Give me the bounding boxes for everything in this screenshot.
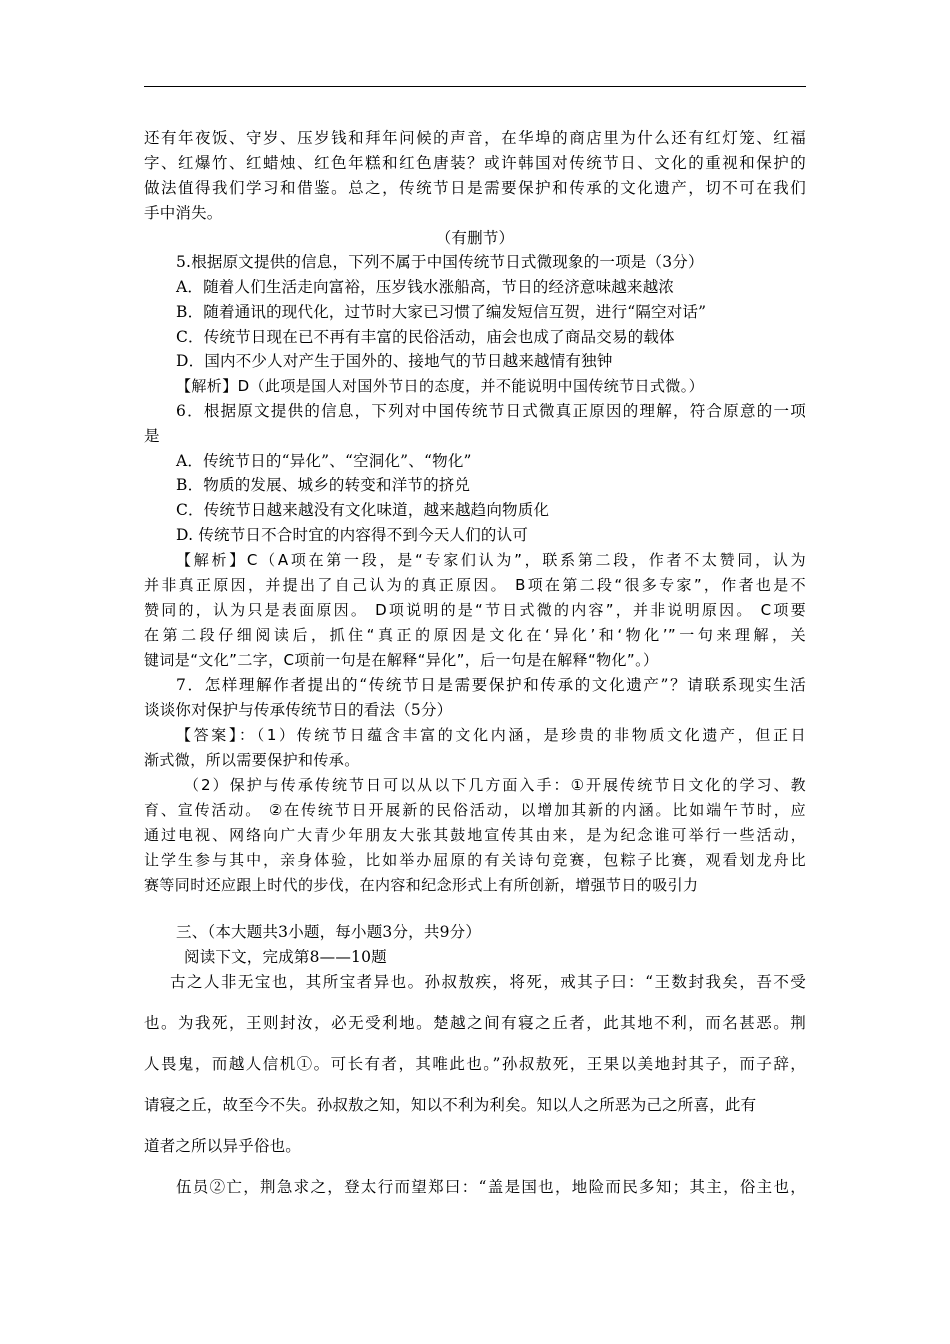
intro-line-2: 字、红爆竹、红蜡烛、红色年糕和红色唐装？或许韩国对传统节日、文化的重视和保护的 <box>144 153 806 173</box>
q6-question-line-1: 6．根据原文提供的信息，下列对中国传统节日式微真正原因的理解，符合原意的一项 <box>176 401 806 421</box>
q5-analysis: 【解析】D（此项是国人对国外节日的态度，并不能说明中国传统节日式微。） <box>176 376 806 396</box>
q7-question-line-1: 7．怎样理解作者提出的“传统节日是需要保护和传承的文化遗产”？请联系现实生活 <box>176 675 806 695</box>
document-page: 还有年夜饭、守岁、压岁钱和拜年问候的声音，在华埠的商店里为什么还有红灯笼、红福 … <box>0 0 950 1344</box>
abridged-note: （有删节） <box>144 228 806 248</box>
q6-analysis-line-5: 键词是“文化”二字，C项前一句是在解释“异化”，后一句是在解释“物化”。） <box>144 650 806 670</box>
header-rule <box>144 86 806 87</box>
passage-line-1: 古之人非无宝也，其所宝者异也。孙叔敖疾，将死，戒其子曰：“王数封我矣，吾不受 <box>170 972 806 992</box>
intro-line-4: 手中消失。 <box>144 203 806 223</box>
q7-answer-line-5: 通过电视、网络向广大青少年朋友大张其鼓地宣传其由来，是为纪念谁可举行一些活动， <box>144 825 806 845</box>
q6-question-line-2: 是 <box>144 426 806 446</box>
q5-option-d: D．国内不少人对产生于国外的、接地气的节日越来越情有独钟 <box>176 351 806 371</box>
q6-analysis-line-1: 【解析】C（A项在第一段，是“专家们认为”，联系第二段，作者不太赞同，认为 <box>176 550 806 570</box>
intro-line-3: 做法值得我们学习和借鉴。总之，传统节日是需要保护和传承的文化遗产，切不可在我们 <box>144 178 806 198</box>
q7-answer-line-6: 让学生参与其中，亲身体验，比如举办屈原的有关诗句竞赛，包粽子比赛，观看划龙舟比 <box>144 850 806 870</box>
q6-analysis-line-4: 在第二段仔细阅读后，抓住“真正的原因是文化在‘异化’和‘物化’”一句来理解，关 <box>144 625 806 645</box>
q5-question: 5.根据原文提供的信息，下列不属于中国传统节日式微现象的一项是（3分） <box>176 252 806 272</box>
q7-answer-line-2: 渐式微，所以需要保护和传承。 <box>144 750 806 770</box>
passage-line-2: 也。为我死，王则封汝，必无受利地。楚越之间有寝之丘者，此其地不利，而名甚恶。荆 <box>144 1013 806 1033</box>
q6-option-b: B．物质的发展、城乡的转变和洋节的挤兑 <box>176 475 806 495</box>
passage-line-6: 伍员②亡，荆急求之，登太行而望郑曰：“盖是国也，地险而民多知；其主，俗主也， <box>176 1177 806 1197</box>
passage-line-4: 请寝之丘，故至今不失。孙叔敖之知，知以不利为利矣。知以人之所恶为己之所喜，此有 <box>144 1095 806 1115</box>
q6-option-d: D. 传统节日不合时宜的内容得不到今天人们的认可 <box>176 525 806 545</box>
q5-option-b: B．随着通讯的现代化，过节时大家已习惯了编发短信互贺，进行“隔空对话” <box>176 302 806 322</box>
q6-analysis-line-3: 赞同的，认为只是表面原因。 D项说明的是“节日式微的内容”，并非说明原因。 C项… <box>144 600 806 620</box>
q5-option-c: C．传统节日现在已不再有丰富的民俗活动，庙会也成了商品交易的载体 <box>176 327 806 347</box>
q5-option-a: A．随着人们生活走向富裕，压岁钱水涨船高，节日的经济意味越来越浓 <box>176 277 806 297</box>
section3-instruction: 阅读下文，完成第8——10题 <box>184 947 806 967</box>
intro-line-1: 还有年夜饭、守岁、压岁钱和拜年问候的声音，在华埠的商店里为什么还有红灯笼、红福 <box>144 128 806 148</box>
q7-answer-line-7: 赛等同时还应跟上时代的步伐，在内容和纪念形式上有所创新，增强节日的吸引力 <box>144 875 806 895</box>
q7-answer-line-1: 【答案】：（1）传统节日蕴含丰富的文化内涵，是珍贵的非物质文化遗产，但正日 <box>176 725 806 745</box>
passage-line-3: 人畏鬼，而越人信机①。可长有者，其唯此也。”孙叔敖死，王果以美地封其子，而子辞， <box>144 1054 806 1074</box>
q7-question-line-2: 谈谈你对保护与传承传统节日的看法（5分） <box>144 700 806 720</box>
q6-analysis-line-2: 并非真正原因，并提出了自己认为的真正原因。 B项在第二段“很多专家”，作者也是不 <box>144 575 806 595</box>
passage-line-5: 道者之所以异乎俗也。 <box>144 1136 806 1156</box>
q7-answer-line-4: 育、宣传活动。 ②在传统节日开展新的民俗活动，以增加其新的内涵。比如端午节时，应 <box>144 800 806 820</box>
section3-header: 三、（本大题共3小题，每小题3分，共9分） <box>176 922 806 942</box>
q6-option-c: C．传统节日越来越没有文化味道，越来越趋向物质化 <box>176 500 806 520</box>
q7-answer-line-3: （2）保护与传承传统节日可以从以下几方面入手：①开展传统节日文化的学习、教 <box>184 775 806 795</box>
q6-option-a: A．传统节日的“异化”、“空洞化”、“物化” <box>176 451 806 471</box>
